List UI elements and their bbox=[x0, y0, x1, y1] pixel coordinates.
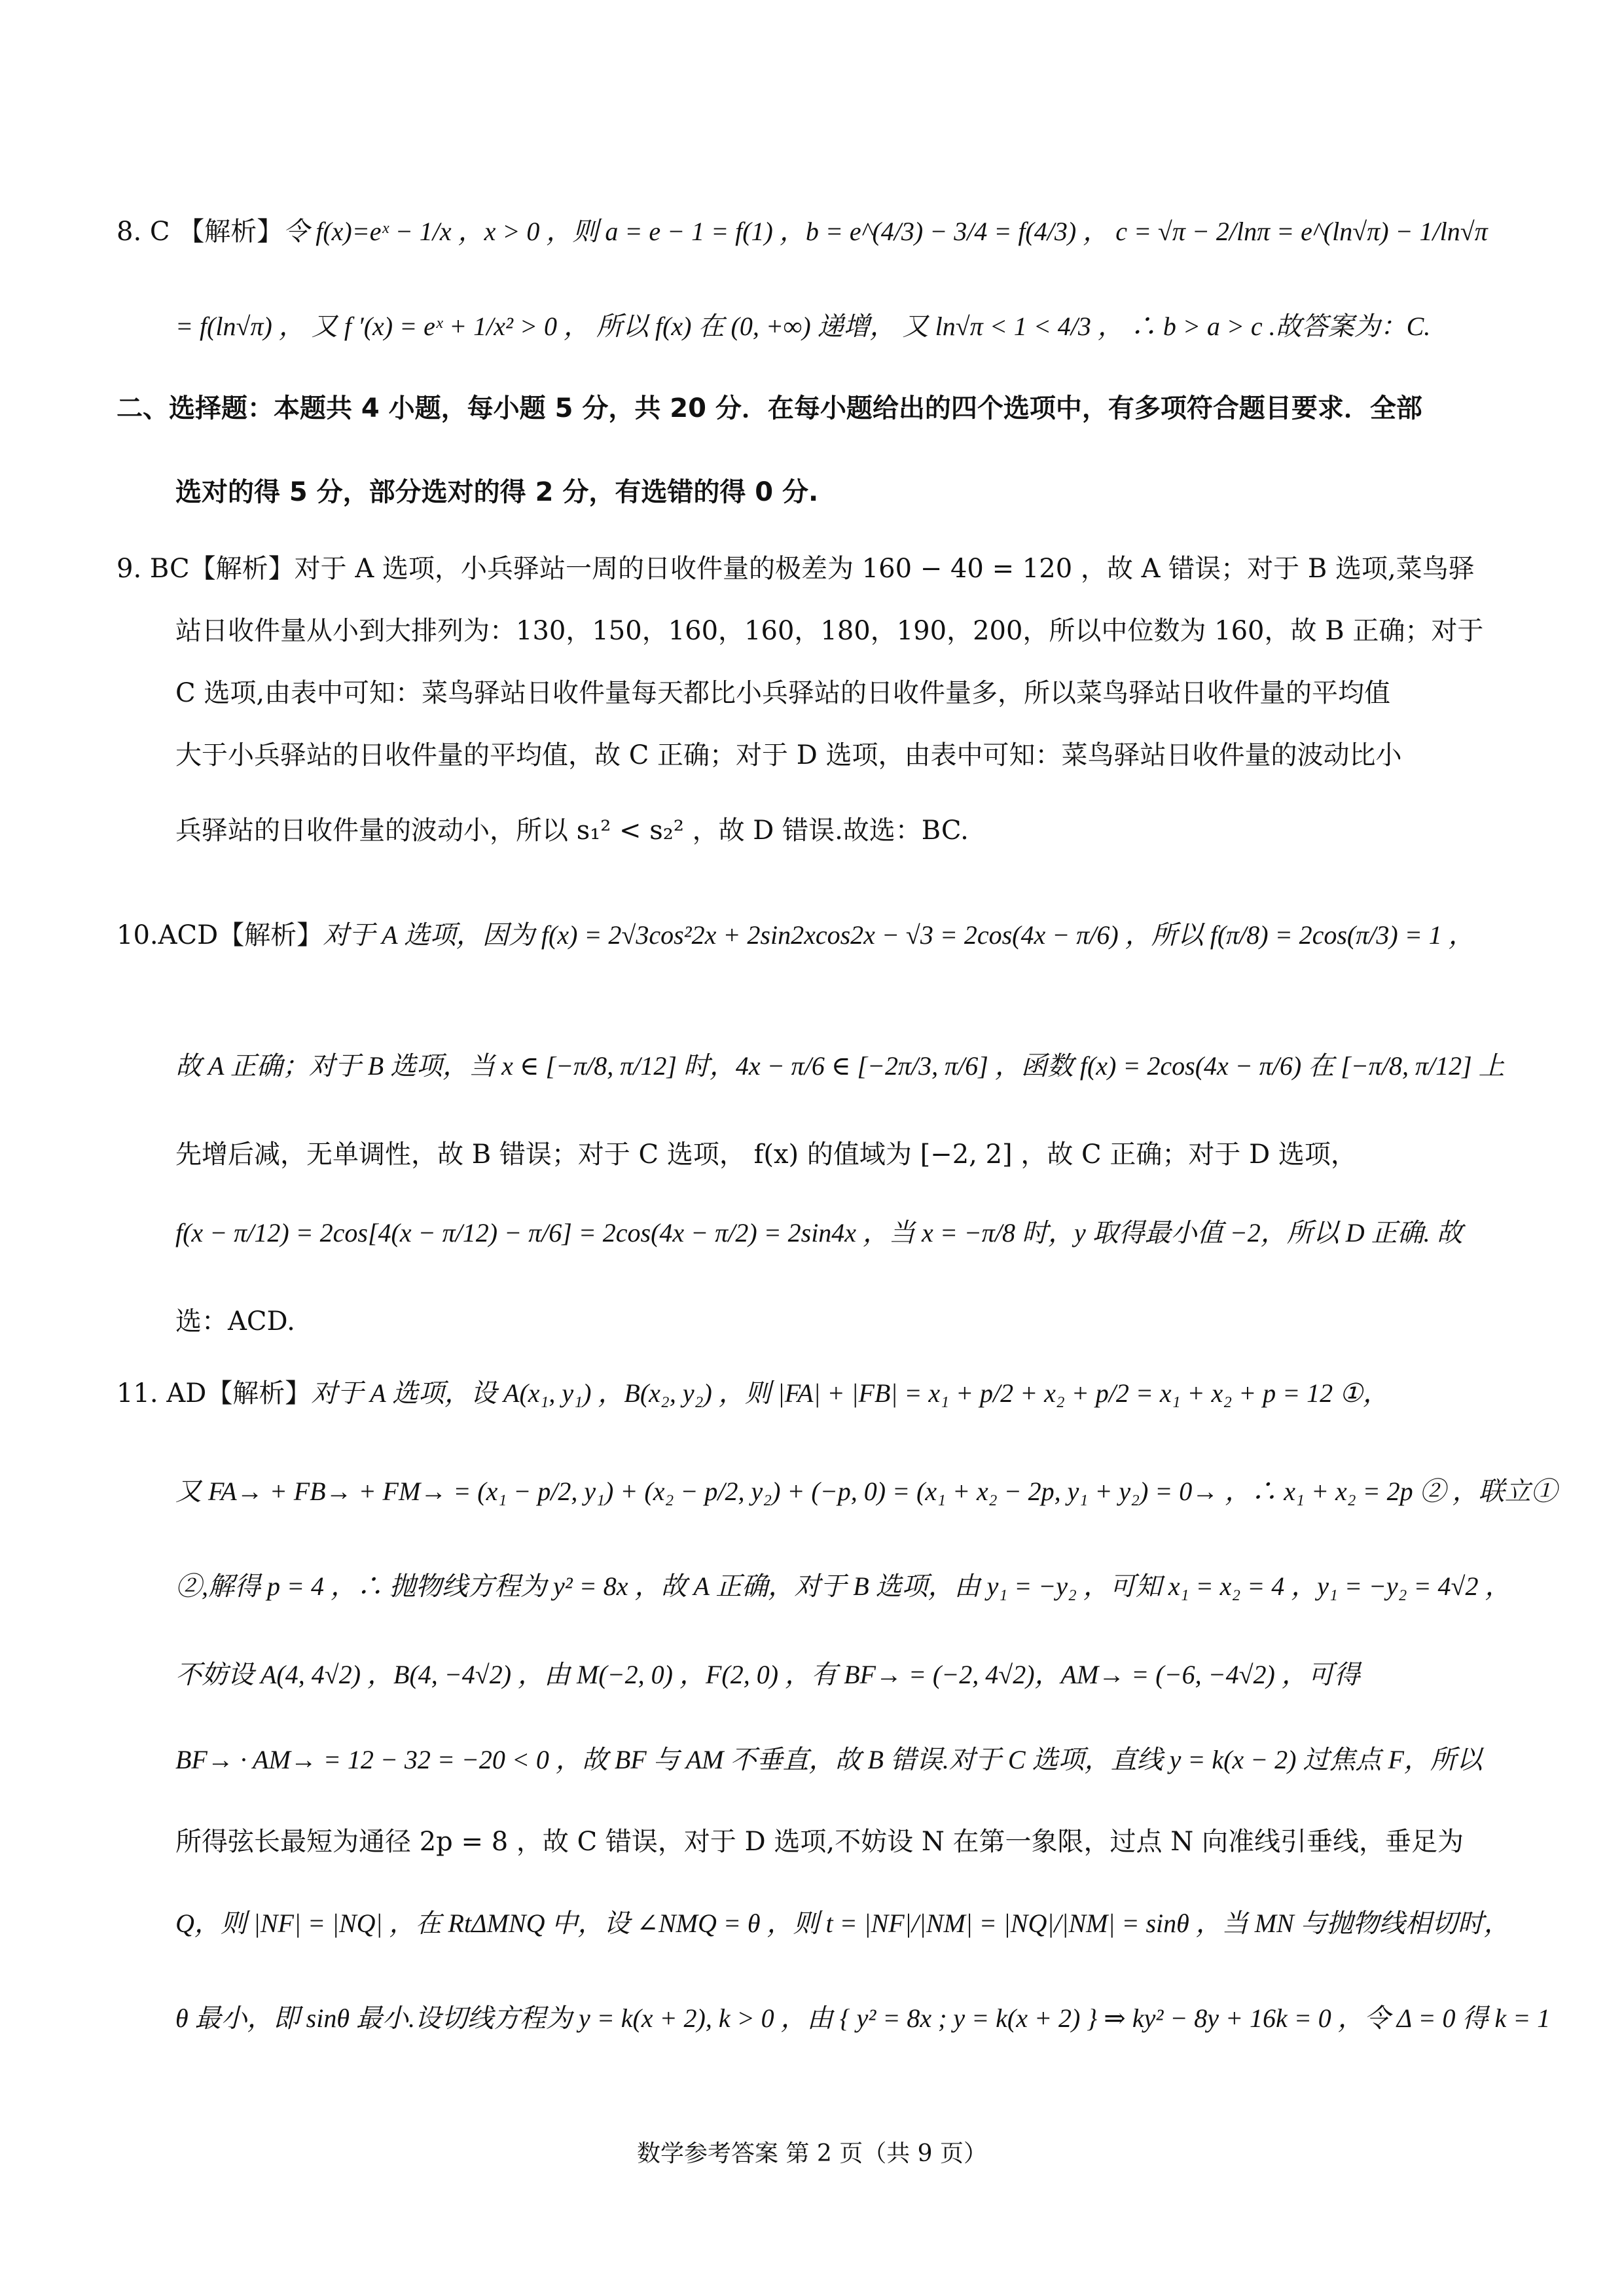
q11-answer: AD bbox=[166, 1378, 206, 1408]
q11-line-7: Q，则 |NF| = |NQ| ，在 RtΔMNQ 中，设 ∠NMQ = θ ，… bbox=[175, 1908, 1510, 1939]
q10-line-1: 10.ACD【解析】对于 A 选项，因为 f(x) = 2√3cos²2x + … bbox=[117, 920, 1475, 951]
q11-text-8: θ 最小，即 sinθ 最小.设切线方程为 y = k(x + 2), k > … bbox=[175, 2003, 1550, 2033]
q8-text-2: = f(ln√π) ， 又 f ′(x) = eˣ + 1/x² > 0 ， 所… bbox=[175, 312, 1430, 341]
q10-line-4: f(x − π/12) = 2cos[4(x − π/12) − π/6] = … bbox=[175, 1217, 1463, 1249]
q11-tag: 【解析】 bbox=[206, 1378, 311, 1408]
q11-line-1: 11. AD【解析】对于 A 选项，设 A(x₁, y₁) ，B(x₂, y₂)… bbox=[117, 1378, 1389, 1409]
q11-text-2: 又 FA→ + FB→ + FM→ = (x₁ − p/2, y₁) + (x₂… bbox=[175, 1477, 1557, 1506]
q11-text-5: BF→ · AM→ = 12 − 32 = −20 < 0 ，故 BF 与 AM… bbox=[175, 1745, 1483, 1774]
q11-line-3: ②,解得 p = 4 ，∴ 抛物线方程为 y² = 8x ，故 A 正确，对于 … bbox=[175, 1571, 1511, 1602]
q9-answer: BC bbox=[150, 554, 190, 584]
q10-answer: ACD bbox=[158, 920, 219, 950]
q10-number: 10. bbox=[117, 920, 158, 950]
q10-text-2: 故 A 正确；对于 B 选项，当 x ∈ [−π/8, π/12] 时，4x −… bbox=[175, 1051, 1505, 1081]
q8-text-1: 令 f(x)=eˣ − 1/x ，x > 0 ，则 a = e − 1 = f(… bbox=[283, 217, 1488, 246]
page-footer: 数学参考答案 第 2 页（共 9 页） bbox=[0, 2135, 1624, 2168]
q10-line-5: 选：ACD. bbox=[175, 1306, 295, 1337]
q8-line-2: = f(ln√π) ， 又 f ′(x) = eˣ + 1/x² > 0 ， 所… bbox=[175, 311, 1430, 342]
q10-text-1: 对于 A 选项，因为 f(x) = 2√3cos²2x + 2sin2xcos2… bbox=[323, 920, 1475, 950]
q11-text-3: ②,解得 p = 4 ，∴ 抛物线方程为 y² = 8x ，故 A 正确，对于 … bbox=[175, 1571, 1511, 1601]
q9-line-4: 大于小兵驿站的日收件量的平均值，故 C 正确；对于 D 选项，由表中可知：菜鸟驿… bbox=[175, 740, 1402, 771]
q10-text-4: f(x − π/12) = 2cos[4(x − π/12) − π/6] = … bbox=[175, 1218, 1463, 1247]
section2-heading-1: 二、选择题：本题共 4 小题，每小题 5 分，共 20 分．在每小题给出的四个选… bbox=[117, 393, 1422, 424]
q9-number: 9. bbox=[117, 554, 141, 584]
q9-text-1: 对于 A 选项，小兵驿站一周的日收件量的极差为 160 − 40 = 120 ，… bbox=[295, 554, 1475, 584]
q11-line-2: 又 FA→ + FB→ + FM→ = (x₁ − p/2, y₁) + (x₂… bbox=[175, 1476, 1557, 1507]
q9-line-1: 9. BC【解析】对于 A 选项，小兵驿站一周的日收件量的极差为 160 − 4… bbox=[117, 553, 1475, 584]
q11-number: 11. bbox=[117, 1378, 158, 1408]
q9-line-5: 兵驿站的日收件量的波动小，所以 s₁² < s₂² ，故 D 错误.故选：BC. bbox=[175, 815, 969, 846]
q10-tag: 【解析】 bbox=[218, 920, 323, 950]
q10-line-3: 先增后减，无单调性，故 B 错误；对于 C 选项， f(x) 的值域为 [−2,… bbox=[175, 1139, 1357, 1170]
q11-line-5: BF→ · AM→ = 12 − 32 = −20 < 0 ，故 BF 与 AM… bbox=[175, 1744, 1483, 1776]
q8-tag: 【解析】 bbox=[178, 217, 283, 247]
q9-line-2: 站日收件量从小到大排列为：130，150，160，160，180，190，200… bbox=[175, 615, 1483, 647]
q9-tag: 【解析】 bbox=[190, 554, 295, 584]
q9-line-3: C 选项,由表中可知：菜鸟驿站日收件量每天都比小兵驿站的日收件量多，所以菜鸟驿站… bbox=[175, 677, 1390, 709]
q11-text-1: 对于 A 选项，设 A(x₁, y₁) ，B(x₂, y₂) ，则 |FA| +… bbox=[311, 1378, 1389, 1408]
q10-line-2: 故 A 正确；对于 B 选项，当 x ∈ [−π/8, π/12] 时，4x −… bbox=[175, 1050, 1505, 1082]
q11-text-4: 不妨设 A(4, 4√2) ，B(4, −4√2) ，由 M(−2, 0) ，F… bbox=[175, 1660, 1360, 1689]
q8-number: 8. bbox=[117, 217, 141, 247]
q11-line-8: θ 最小，即 sinθ 最小.设切线方程为 y = k(x + 2), k > … bbox=[175, 2003, 1550, 2034]
q8-line-1: 8. C 【解析】令 f(x)=eˣ − 1/x ，x > 0 ，则 a = e… bbox=[117, 216, 1488, 247]
q11-text-7: Q，则 |NF| = |NQ| ，在 RtΔMNQ 中，设 ∠NMQ = θ ，… bbox=[175, 1909, 1510, 1938]
section2-heading-2: 选对的得 5 分，部分选对的得 2 分，有选错的得 0 分. bbox=[175, 476, 818, 508]
q11-line-6: 所得弦长最短为通径 2p = 8 ，故 C 错误，对于 D 选项,不妨设 N 在… bbox=[175, 1826, 1464, 1857]
q11-line-4: 不妨设 A(4, 4√2) ，B(4, −4√2) ，由 M(−2, 0) ，F… bbox=[175, 1659, 1360, 1691]
q8-answer: C bbox=[150, 217, 170, 247]
